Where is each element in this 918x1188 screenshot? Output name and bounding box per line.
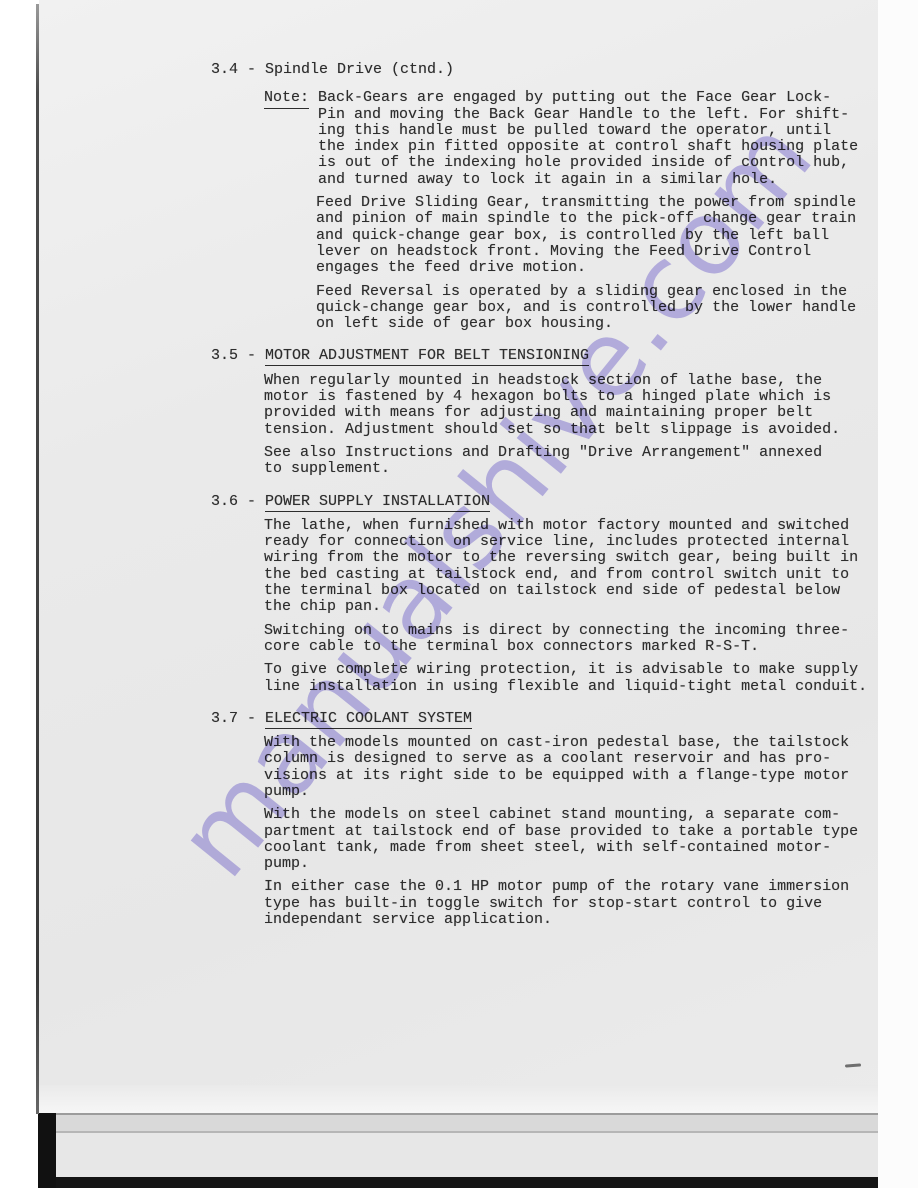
section-number: 3.5 - [211,348,265,364]
text-line: Pin and moving the Back Gear Handle to t… [318,107,871,123]
paragraph: The lathe, when furnished with motor fac… [211,518,871,616]
section-title: Spindle Drive (ctnd.) [265,61,454,78]
paragraph: Feed Reversal is operated by a sliding g… [211,284,871,333]
note-label: Note: [264,90,309,108]
scan-black-corner [38,1113,56,1188]
text-line: The lathe, when furnished with motor fac… [264,518,871,534]
section-title: ELECTRIC COOLANT SYSTEM [265,710,472,729]
text-line: to supplement. [264,461,871,477]
text-line: In either case the 0.1 HP motor pump of … [264,879,871,895]
section-number: 3.6 - [211,494,265,510]
text-line: is out of the indexing hole provided ins… [318,155,871,171]
section-title: POWER SUPPLY INSTALLATION [265,493,490,512]
scan-right-margin [878,0,918,1188]
paper-sheet: 3.4 -Spindle Drive (ctnd.)Note:Back-Gear… [39,0,878,1113]
text-line: With the models mounted on cast-iron ped… [264,735,871,751]
scan-black-bottom-strip [39,1177,880,1188]
page-bottom-curl [39,1085,878,1113]
text-line: the terminal box located on tailstock en… [264,583,871,599]
scanned-page: 3.4 -Spindle Drive (ctnd.)Note:Back-Gear… [0,0,918,1188]
paragraph: With the models mounted on cast-iron ped… [211,735,871,800]
text-line: the index pin fitted opposite at control… [318,139,871,155]
text-line: column is designed to serve as a coolant… [264,751,871,767]
text-line: pump. [264,784,871,800]
text-line: Back-Gears are engaged by putting out th… [318,90,871,106]
scan-left-margin [0,0,37,1188]
section-heading: 3.5 -MOTOR ADJUSTMENT FOR BELT TENSIONIN… [211,348,871,364]
text-line: Feed Drive Sliding Gear, transmitting th… [316,195,871,211]
paragraph: With the models on steel cabinet stand m… [211,807,871,872]
section-title: MOTOR ADJUSTMENT FOR BELT TENSIONING [265,347,589,366]
text-line: quick-change gear box, and is controlled… [316,300,871,316]
text-line: motor is fastened by 4 hexagon bolts to … [264,389,871,405]
paragraph: Switching on to mains is direct by conne… [211,623,871,656]
paragraph: In either case the 0.1 HP motor pump of … [211,879,871,928]
section-number: 3.7 - [211,711,265,727]
text-line: type has built-in toggle switch for stop… [264,896,871,912]
text-line: partment at tailstock end of base provid… [264,824,871,840]
text-line: the bed casting at tailstock end, and fr… [264,567,871,583]
text-line: coolant tank, made from sheet steel, wit… [264,840,871,856]
text-line: and turned away to lock it again in a si… [318,172,871,188]
text-line: Switching on to mains is direct by conne… [264,623,871,639]
text-line: independant service application. [264,912,871,928]
text-line: tension. Adjustment should set so that b… [264,422,871,438]
paragraph: To give complete wiring protection, it i… [211,662,871,695]
text-line: lever on headstock front. Moving the Fee… [316,244,871,260]
text-line: ing this handle must be pulled toward th… [318,123,871,139]
scan-edge-band-2 [39,1133,878,1177]
text-line: When regularly mounted in headstock sect… [264,373,871,389]
section-heading: 3.4 -Spindle Drive (ctnd.) [211,62,871,78]
section-number: 3.4 - [211,62,265,78]
text-line: ready for connection on service line, in… [264,534,871,550]
text-line: With the models on steel cabinet stand m… [264,807,871,823]
text-column: 3.4 -Spindle Drive (ctnd.)Note:Back-Gear… [211,62,871,935]
paragraph: See also Instructions and Drafting "Driv… [211,445,871,478]
scan-edge-band [39,1115,878,1131]
text-line: pump. [264,856,871,872]
text-line: visions at its right side to be equipped… [264,768,871,784]
text-line: the chip pan. [264,599,871,615]
paragraph: Feed Drive Sliding Gear, transmitting th… [211,195,871,276]
text-line: To give complete wiring protection, it i… [264,662,871,678]
section-heading: 3.6 -POWER SUPPLY INSTALLATION [211,494,871,510]
text-line: Feed Reversal is operated by a sliding g… [316,284,871,300]
paragraph: Note:Back-Gears are engaged by putting o… [211,90,871,188]
text-line: and pinion of main spindle to the pick-o… [316,211,871,227]
page-left-edge-line [36,4,39,1114]
text-line: wiring from the motor to the reversing s… [264,550,871,566]
text-line: provided with means for adjusting and ma… [264,405,871,421]
text-line: engages the feed drive motion. [316,260,871,276]
text-line: core cable to the terminal box connector… [264,639,871,655]
text-line: line installation in using flexible and … [264,679,871,695]
text-line: on left side of gear box housing. [316,316,871,332]
section-heading: 3.7 -ELECTRIC COOLANT SYSTEM [211,711,871,727]
text-line: and quick-change gear box, is controlled… [316,228,871,244]
text-line: See also Instructions and Drafting "Driv… [264,445,871,461]
paragraph: When regularly mounted in headstock sect… [211,373,871,438]
